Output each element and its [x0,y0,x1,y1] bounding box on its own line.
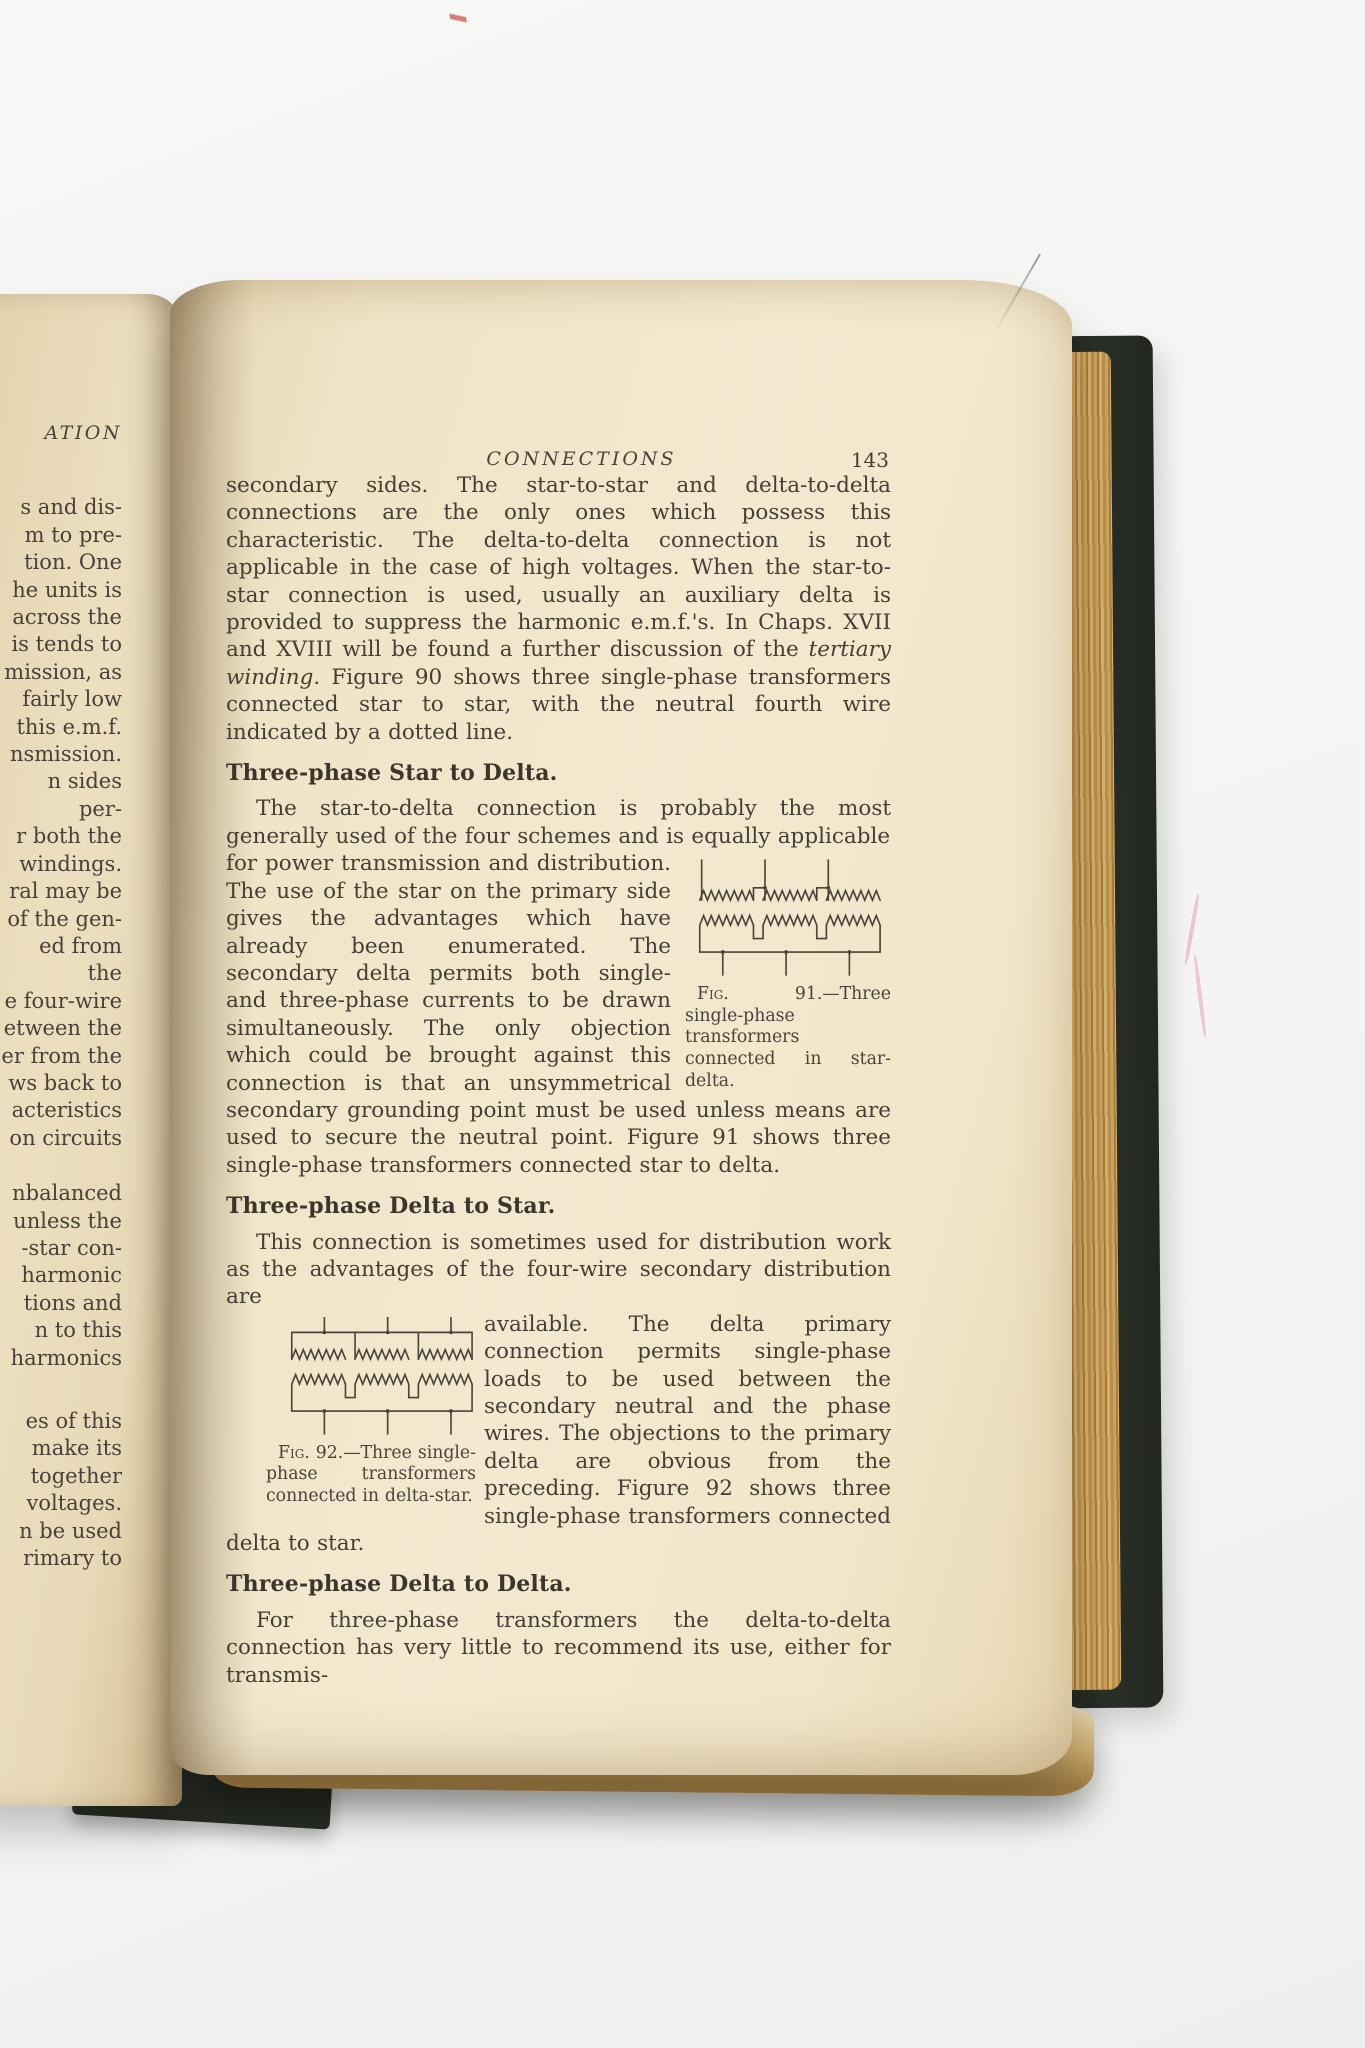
left-page-text: ATION s and dis-m to pre-tion. Onehe uni… [0,420,122,1572]
left-page-line-fragment: together [0,1463,122,1490]
paragraph-delta-star-intro: This connection is sometimes used for di… [226,1229,891,1311]
left-page-line-fragment: tion. One [0,549,122,576]
left-page-line-fragment: s and dis- [0,494,122,521]
left-page-line-fragment: on circuits [0,1125,122,1152]
paragraph-star-delta-intro: The star-to-delta connection is probably… [226,795,891,850]
paragraph-continued: secondary sides. The star-to-star and de… [226,472,891,746]
left-page-line-fragment: harmonics [0,1345,122,1372]
figure-92-caption: Fig. 92.—Three single-phase transformers… [266,1443,476,1508]
left-page-line-fragment: make its [0,1435,122,1462]
left-page-line-fragment: -star con- [0,1235,122,1262]
left-page-line-fragment: mission, as [0,659,122,686]
left-page-line-fragment: er from the [0,1043,122,1070]
left-page-line-fragment: n sides per- [0,768,122,823]
running-head: CONNECTIONS [226,446,891,473]
left-page-line-fragment: nsmission. [0,741,122,768]
left-page-line-fragment: is tends to [0,631,122,658]
left-page-line-fragment: rimary to [0,1545,122,1572]
figure-91-caption: Fig. 91.—Three single-phase transformers… [685,984,891,1092]
left-page-line-fragment: unless the [0,1208,122,1235]
paragraph-continued-text-end: . Figure 90 shows three single-phase tra… [226,665,891,745]
red-ink-mark [448,3,468,33]
left-page-line-fragment: ed from the [0,933,122,988]
left-page-line-fragment: es of this [0,1408,122,1435]
figure-92: Fig. 92.—Three single-phase transformers… [226,1313,476,1508]
figure-92-label: Fig. 92. [278,1443,343,1463]
page-number: 143 [851,447,889,474]
left-page-line-fragment: r both the [0,823,122,850]
left-page-line-fragment: etween the [0,1015,122,1042]
left-page-line-fragment: e four-wire [0,988,122,1015]
left-running-head-fragment: ATION [0,420,122,447]
left-page-line-fragment: windings. [0,851,122,878]
left-page-line-fragment: voltages. [0,1490,122,1517]
figure-91: Fig. 91.—Three single-phase transformers… [685,854,891,1092]
heading-delta-to-delta: Three-phase Delta to Delta. [226,1571,891,1598]
left-page-line-fragment: this e.m.f. [0,714,122,741]
paragraph-delta-star-body: Fig. 92.—Three single-phase transformers… [226,1311,891,1558]
paragraph-delta-delta: For three-phase transformers the delta-t… [226,1607,891,1689]
left-page-line-fragment: ws back to [0,1070,122,1097]
heading-delta-to-star: Three-phase Delta to Star. [226,1193,891,1220]
left-page-line-fragment: across the [0,604,122,631]
left-page-line-fragment: acteristics [0,1097,122,1124]
pink-scratch-mark [1184,893,1200,965]
left-page-paragraph-fragment: nbalancedunless the-star con-harmonictio… [0,1180,122,1372]
left-page-paragraph-fragment: s and dis-m to pre-tion. Onehe units isa… [0,494,122,1152]
left-page-paragraph-fragment: es of thismake itstogethervoltages.n be … [0,1408,122,1572]
left-page-line-fragment: tions and [0,1290,122,1317]
star-delta-schematic-diagram [694,858,882,977]
heading-star-to-delta: Three-phase Star to Delta. [226,760,891,787]
left-page-line-fragment: he units is [0,577,122,604]
left-page-line-fragment: of the gen- [0,906,122,933]
page-header: CONNECTIONS 143 [226,446,891,472]
left-page-line-fragment: harmonic [0,1262,122,1289]
left-page-line-fragment: n be used [0,1518,122,1545]
right-page-text: CONNECTIONS 143 secondary sides. The sta… [226,446,891,1689]
figure-91-label: Fig. 91. [697,984,822,1004]
left-page-line-fragment: m to pre- [0,522,122,549]
pink-scratch-mark [1193,954,1207,1038]
left-page-line-fragment: fairly low [0,686,122,713]
paragraph-continued-text: secondary sides. The star-to-star and de… [226,473,891,662]
paragraph-star-delta-body: Fig. 91.—Three single-phase transformers… [226,850,891,1179]
left-page-line-fragment: n to this [0,1317,122,1344]
delta-star-schematic-diagram [286,1317,474,1436]
left-page-line-fragment: nbalanced [0,1180,122,1207]
left-page-line-fragment: ral may be [0,878,122,905]
